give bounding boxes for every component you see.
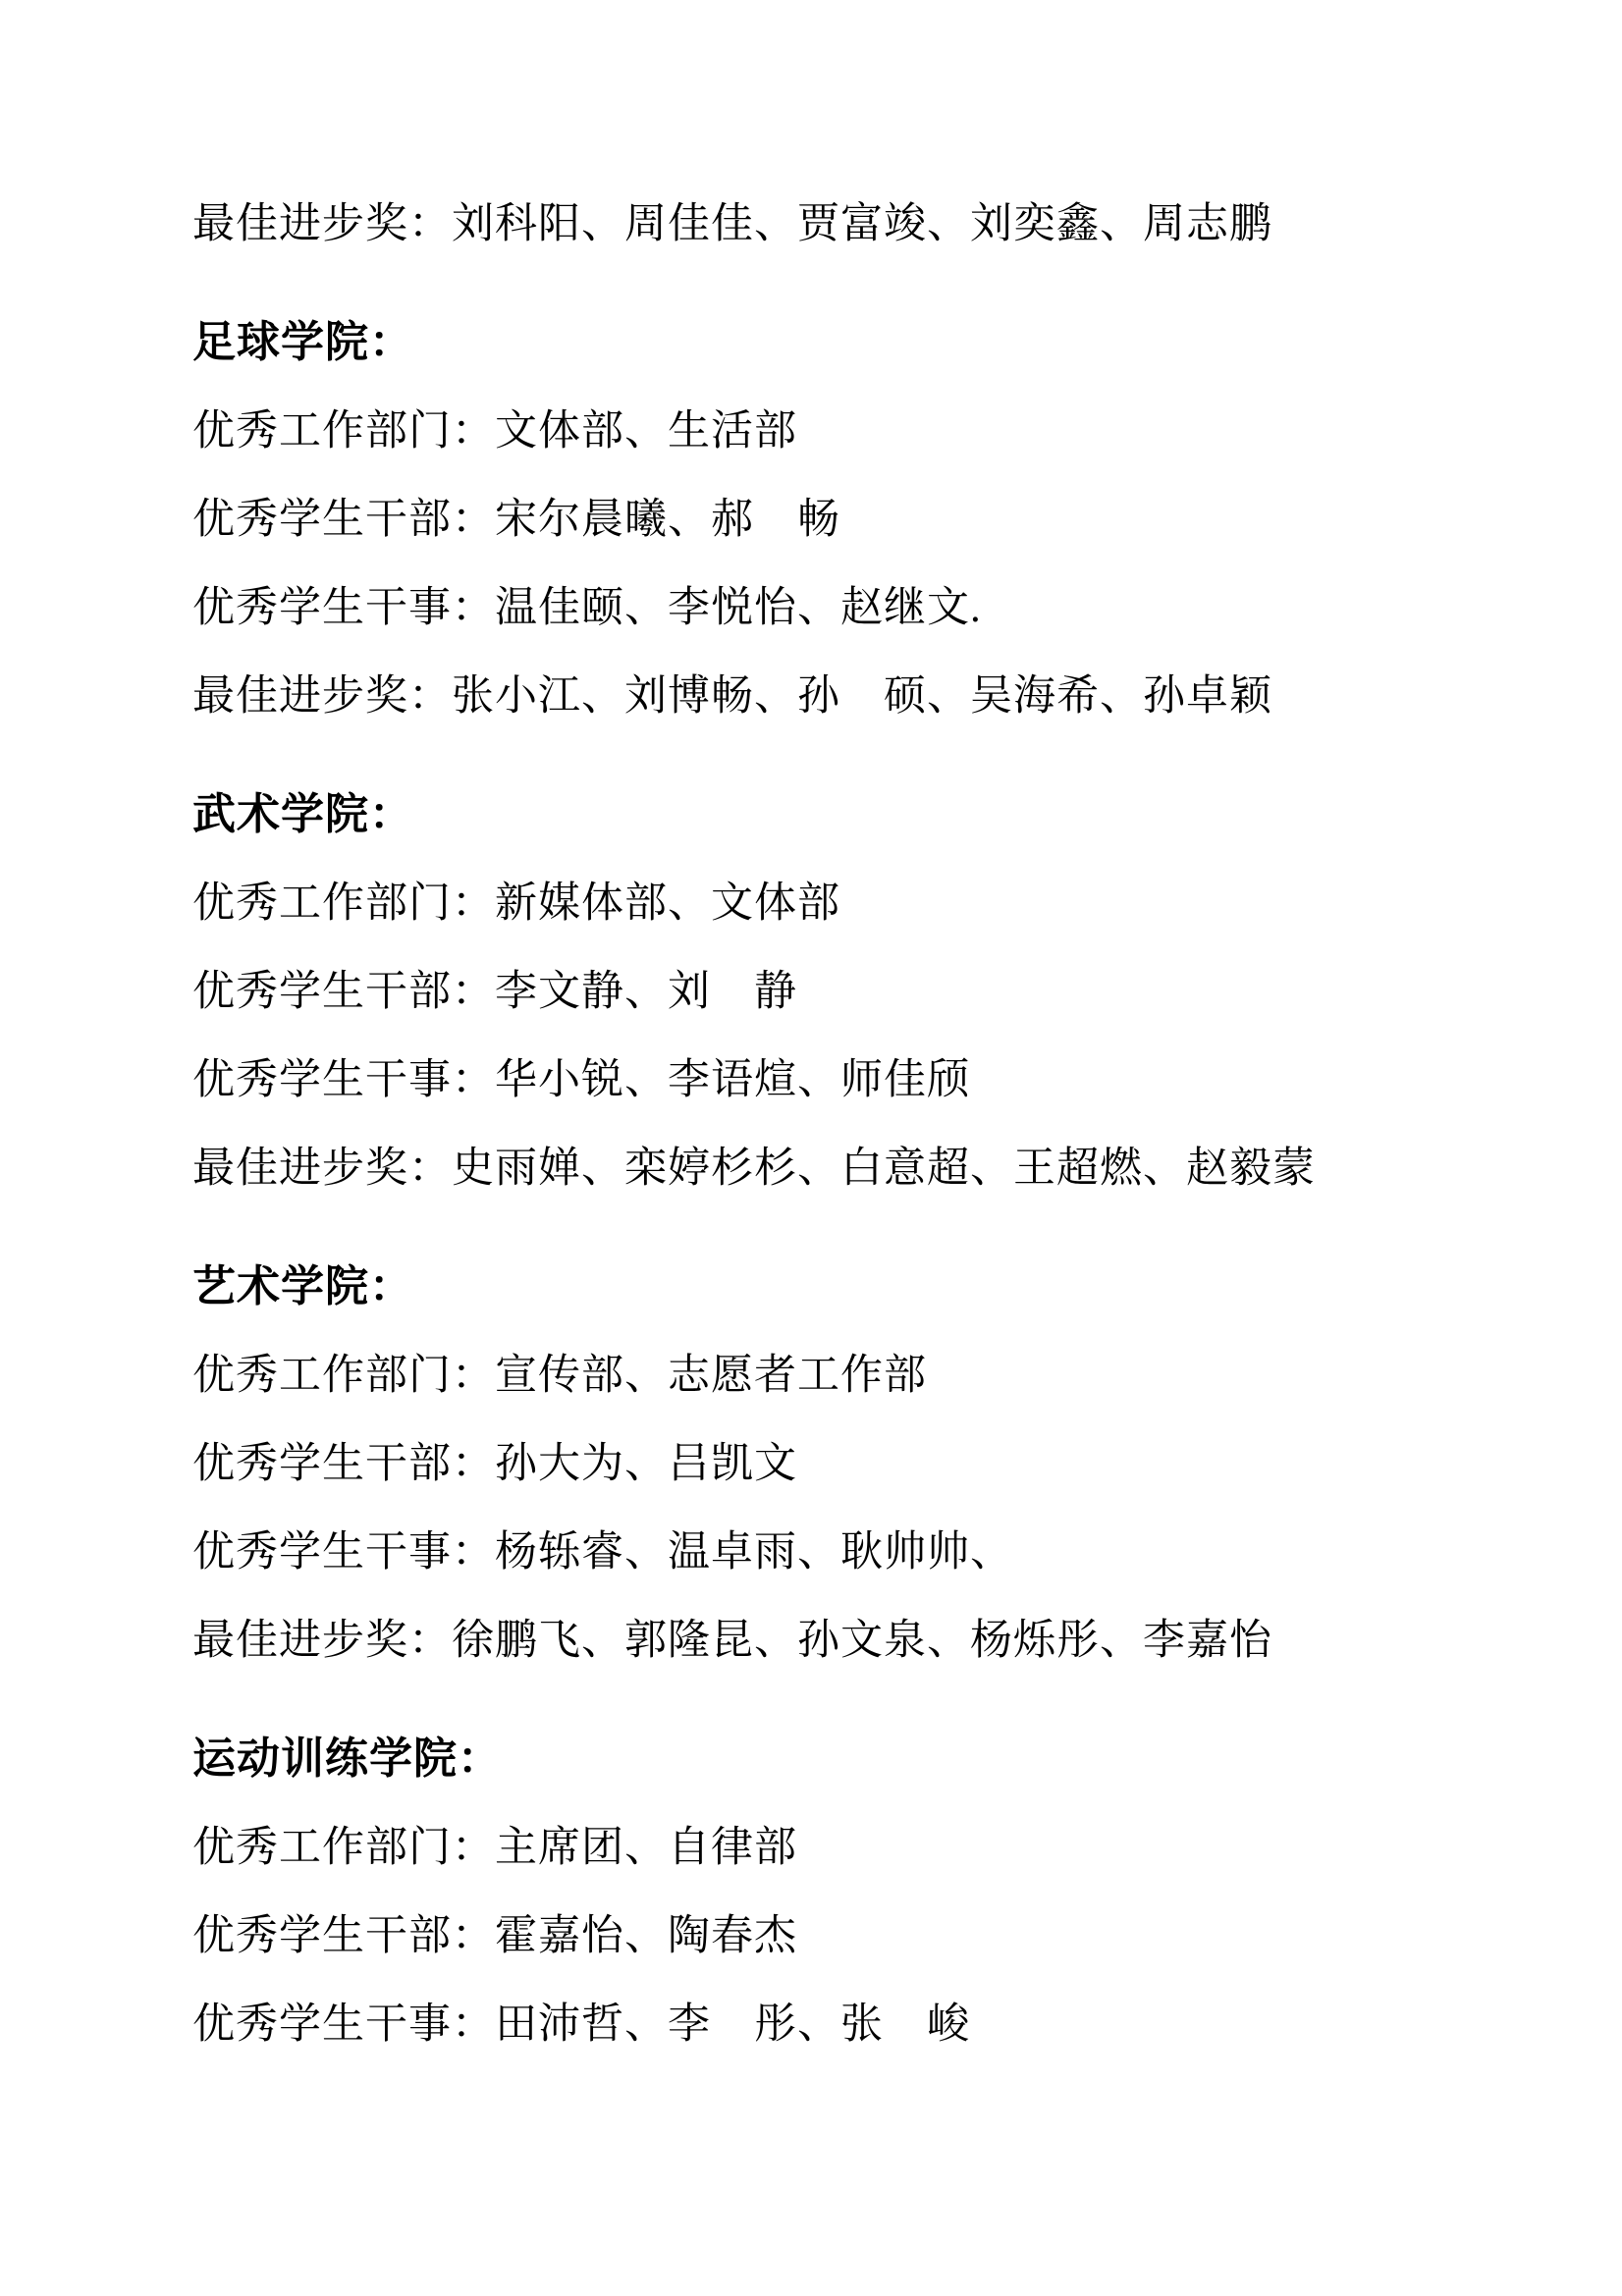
award-line-outstanding-student-cadre: 优秀学生干部：孙大为、吕凯文 bbox=[192, 1443, 1504, 1485]
award-line-outstanding-student-cadre: 优秀学生干部：霍嘉怡、陶春杰 bbox=[192, 1915, 1504, 1957]
section-heading-football-college: 足球学院： bbox=[192, 321, 1504, 364]
award-line-outstanding-department: 优秀工作部门：主席团、自律部 bbox=[192, 1827, 1504, 1869]
award-line-best-progress-carryover: 最佳进步奖：刘科阳、周佳佳、贾富竣、刘奕鑫、周志鹏 bbox=[192, 203, 1504, 245]
award-line-outstanding-department: 优秀工作部门：宣传部、志愿者工作部 bbox=[192, 1355, 1504, 1397]
section-heading-wushu-college: 武术学院： bbox=[192, 793, 1504, 836]
award-line-outstanding-department: 优秀工作部门：新媒体部、文体部 bbox=[192, 882, 1504, 925]
section-heading-sports-training-college: 运动训练学院： bbox=[192, 1737, 1504, 1781]
award-line-best-progress: 最佳进步奖：徐鹏飞、郭隆昆、孙文泉、杨烁彤、李嘉怡 bbox=[192, 1620, 1504, 1662]
award-line-outstanding-department: 优秀工作部门：文体部、生活部 bbox=[192, 410, 1504, 453]
award-line-outstanding-student-clerk: 优秀学生干事：温佳颐、李悦怡、赵继文. bbox=[192, 587, 1504, 629]
award-line-outstanding-student-clerk: 优秀学生干事：杨轹睿、温卓雨、耿帅帅、 bbox=[192, 1531, 1504, 1574]
award-line-outstanding-student-cadre: 优秀学生干部：宋尔晨曦、郝 畅 bbox=[192, 499, 1504, 541]
section-heading-art-college: 艺术学院： bbox=[192, 1265, 1504, 1308]
document-page: 最佳进步奖：刘科阳、周佳佳、贾富竣、刘奕鑫、周志鹏 足球学院： 优秀工作部门：文… bbox=[0, 0, 1622, 2296]
award-line-outstanding-student-clerk: 优秀学生干事：华小锐、李语煊、师佳颀 bbox=[192, 1059, 1504, 1101]
award-line-outstanding-student-clerk: 优秀学生干事：田沛哲、李 彤、张 峻 bbox=[192, 2003, 1504, 2046]
award-line-outstanding-student-cadre: 优秀学生干部：李文静、刘 静 bbox=[192, 971, 1504, 1013]
award-line-best-progress: 最佳进步奖：史雨婵、栾婷杉杉、白意超、王超燃、赵毅蒙 bbox=[192, 1148, 1504, 1190]
award-line-best-progress: 最佳进步奖：张小江、刘博畅、孙 硕、吴海希、孙卓颖 bbox=[192, 675, 1504, 718]
